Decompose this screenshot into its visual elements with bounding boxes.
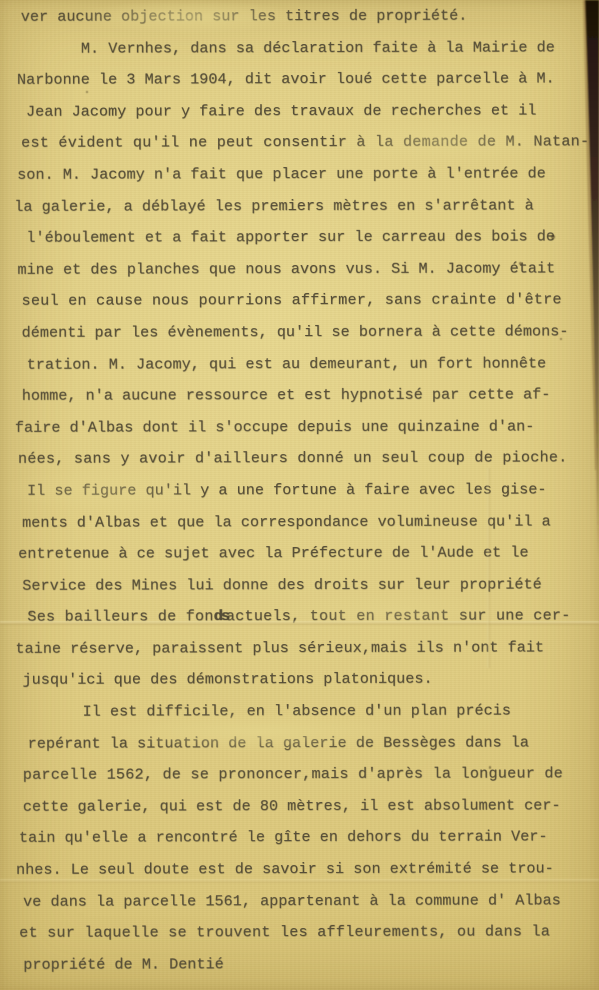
text-line: ve dans la parcelle 1561, appartenant à …: [23, 885, 588, 918]
text-line: nées, sans y avoir d'ailleurs donné un s…: [18, 443, 587, 476]
text-line: Il se figure qu'il y a une fortune à fai…: [27, 474, 587, 507]
text-line: taine réserve, paraissent plus sérieux,m…: [15, 632, 587, 665]
text-line: Service des Mines lui donne des droits s…: [22, 569, 587, 602]
text-line: Ses bailleurs de fondsactuels, tout en r…: [27, 601, 587, 634]
text-line: tration. M. Jacomy, qui est au demeurant…: [27, 348, 587, 381]
text-segment: Ses bailleurs de fon: [27, 608, 213, 626]
text-line: faire d'Albas dont il s'occupe depuis un…: [15, 411, 587, 444]
text-line: cette galerie, qui est de 80 mètres, il …: [23, 790, 588, 823]
text-line: nhes. Le seul doute est de savoir si son…: [16, 853, 588, 886]
text-line: et sur laquelle se trouvent les affleure…: [19, 916, 588, 949]
text-segment: actuels, tout en restant sur une cer-: [226, 607, 571, 626]
text-line: M. Vernhes, dans sa déclaration faite à …: [21, 32, 586, 65]
text-line: ments d'Albas et que la correspondance v…: [22, 506, 587, 539]
text-line: jusqu'ici que des démonstrations platoni…: [22, 664, 587, 697]
text-line: Jean Jacomy pour y faire des travaux de …: [26, 95, 586, 128]
text-line: repérant la situation de la galerie de B…: [28, 727, 588, 760]
text-line: parcelle 1562, de se prononcer,mais d'ap…: [23, 759, 588, 792]
document-page: ver aucune objection sur les titres de p…: [0, 0, 599, 990]
text-line: la galerie, a déblayé les premiers mètre…: [14, 190, 586, 223]
text-line: mine et des planches que nous avons vus.…: [17, 253, 586, 286]
text-line: son. M. Jacomy n'a fait que placer une p…: [17, 158, 586, 191]
text-line: propriété de M. Dentié: [23, 948, 588, 981]
text-line: ver aucune objection sur les titres de p…: [21, 0, 586, 33]
text-line: démenti par les évènements, qu'il se bor…: [22, 316, 587, 349]
text-line: tain qu'elle a rencontré le gîte en deho…: [19, 822, 588, 855]
text-line: seul en cause nous pourrions affirmer, s…: [21, 285, 586, 318]
text-line: homme, n'a aucune ressource et est hypno…: [22, 379, 587, 412]
text-line: est évident qu'il ne peut consentir à la…: [21, 127, 586, 160]
text-line: Il est difficile, en l'absence d'un plan…: [23, 695, 588, 728]
text-line: entretenue à ce sujet avec la Préfecture…: [18, 537, 587, 570]
typed-text-block: ver aucune objection sur les titres de p…: [21, 0, 589, 981]
text-line: Narbonne le 3 Mars 1904, dit avoir loué …: [17, 63, 586, 96]
text-line: l'éboulement et a fait apporter sur le c…: [26, 221, 586, 254]
